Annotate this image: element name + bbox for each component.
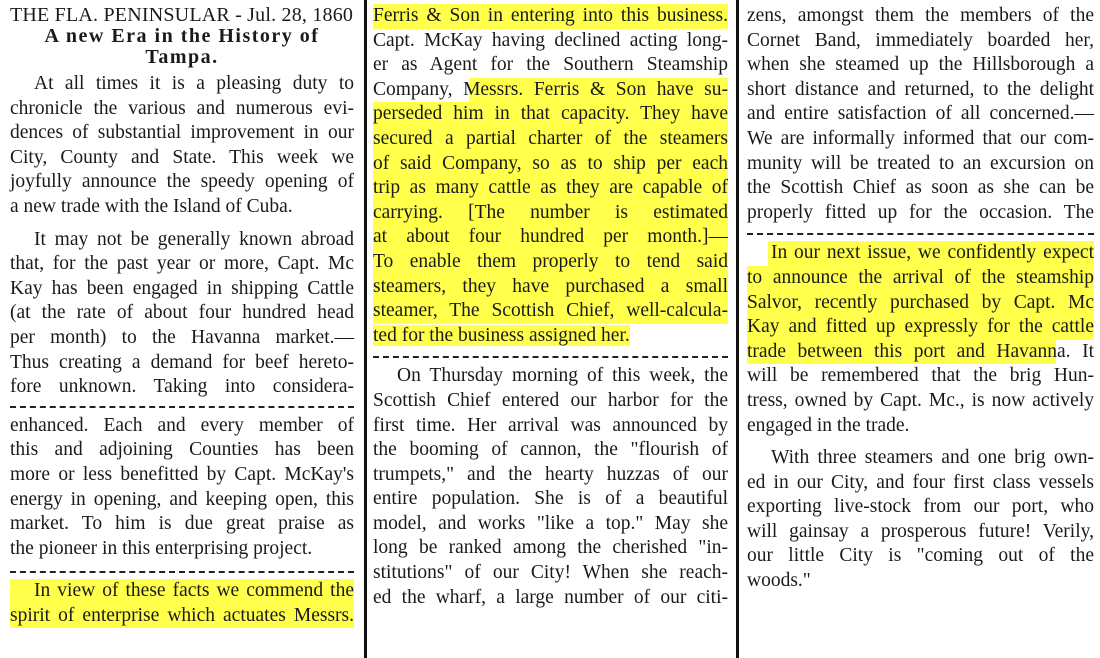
text-line: more or less benefitted by Capt. McKay's xyxy=(10,463,354,488)
text-line-highlighted: Salvor, recently purchased by Capt. Mc xyxy=(747,291,1094,316)
headline-line-1: A new Era in the History of xyxy=(10,26,354,47)
text-line: will be remembered that the brig Hun- xyxy=(747,364,1094,389)
text-line: the pioneer in this enterprising project… xyxy=(10,537,354,562)
paragraph-three-steamers: With three steamers and one brig own- ed… xyxy=(747,446,1094,594)
newspaper-masthead: THE FLA. PENINSULAR - Jul. 28, 1860 xyxy=(10,4,354,26)
text-line-highlighted: of said Company, so as to ship per each xyxy=(373,152,728,177)
text-line: er as Agent for the Southern Steamship xyxy=(373,53,728,78)
text-line-highlighted: at about four hundred per month.]— xyxy=(373,225,728,250)
text-line: We are informally informed that our com- xyxy=(747,127,1094,152)
highlight-span: ted for the business assigned her. xyxy=(373,325,630,346)
text-line: exporting live-stock from our port, who xyxy=(747,495,1094,520)
text-line-highlighted: steamer, The Scottish Chief, well-calcul… xyxy=(373,299,728,324)
text-line: tress, owned by Capt. Mc., is now active… xyxy=(747,389,1094,414)
text-line: first time. Her arrival was announced by xyxy=(373,414,728,439)
text-line: when she steamed up the Hillsborough a xyxy=(747,53,1094,78)
text-line: energy in opening, and keeping open, thi… xyxy=(10,488,354,513)
text-line: Company, Messrs. Ferris & Son have su- xyxy=(373,78,728,103)
headline-line-2: Tampa. xyxy=(10,47,354,68)
text-line: short distance and returned, to the deli… xyxy=(747,78,1094,103)
text-line: trade between this port and Havanna. It xyxy=(747,340,1094,365)
highlighted-paragraph-commend: In view of these facts we commend the sp… xyxy=(10,579,354,628)
text-line: enhanced. Each and every member of xyxy=(10,414,354,439)
text-line: market. To him is due great praise as xyxy=(10,512,354,537)
text-line-highlighted: carrying. [The number is estimated xyxy=(373,201,728,226)
text-line: our little City is "coming out of the xyxy=(747,544,1094,569)
text-line-highlighted: secured a partial charter of the steamer… xyxy=(373,127,728,152)
text-line: With three steamers and one brig own- xyxy=(747,446,1094,471)
highlight-span: In our next issue, we confidently expect xyxy=(771,242,1094,263)
text-line: joyfully announce the speedy opening of xyxy=(10,170,354,195)
text-line: properly fitted up for the occasion. The xyxy=(747,201,1094,226)
text-line: In view of these facts we commend the xyxy=(10,579,354,604)
text-line: At all times it is a pleasing duty to xyxy=(10,72,354,97)
text-line: this and adjoining Counties has been xyxy=(10,438,354,463)
text-line: entire population. She is of a beautiful xyxy=(373,487,728,512)
text-line: long be ranked among the cherished "in- xyxy=(373,536,728,561)
text-line: ed in our City, and four first class ves… xyxy=(747,471,1094,496)
text-line: ed the wharf, a large number of our citi… xyxy=(373,586,728,611)
text-line: per month) to the Havanna market.— xyxy=(10,326,354,351)
article-column-1: THE FLA. PENINSULAR - Jul. 28, 1860 A ne… xyxy=(0,0,362,658)
text-line-highlighted: steamers, they have purchased a small xyxy=(373,275,728,300)
text-line: It may not be generally known abroad xyxy=(10,228,354,253)
paragraph-thursday-arrival: On Thursday morning of this week, the Sc… xyxy=(373,364,728,610)
text-line: woods." xyxy=(747,569,1094,594)
text-line: engaged in the trade. xyxy=(747,414,1094,439)
text-line-highlighted: trip as many cattle as they are capable … xyxy=(373,176,728,201)
paragraph-enhanced: enhanced. Each and every member of this … xyxy=(10,414,354,562)
text-line: and entire satisfaction of all concerned… xyxy=(747,102,1094,127)
text-line: Scottish Chief entered our harbor for th… xyxy=(373,389,728,414)
text-line: fore unknown. Taking into considera- xyxy=(10,375,354,400)
article-column-3: zens, amongst them the members of the Co… xyxy=(736,0,1100,658)
text-line: zens, amongst them the members of the xyxy=(747,4,1094,29)
text-line-highlighted: To enable them properly to tend said xyxy=(373,250,728,275)
text-line: (at the rate of about four hundred head xyxy=(10,301,354,326)
text-line: On Thursday morning of this week, the xyxy=(373,364,728,389)
paragraph-intro: At all times it is a pleasing duty to ch… xyxy=(10,72,354,220)
article-column-2: Ferris & Son in entering into this busin… xyxy=(364,0,736,658)
text-line: City, County and State. This week we xyxy=(10,146,354,171)
text-line: spirit of enterprise which actuates Mess… xyxy=(10,604,354,629)
clipping-divider xyxy=(10,571,354,573)
text-line-highlighted: perseded him in that capacity. They have xyxy=(373,102,728,127)
clipping-divider xyxy=(373,356,728,358)
text-line: Cornet Band, immediately boarded her, xyxy=(747,29,1094,54)
text-line: that, for the past year or more, Capt. M… xyxy=(10,252,354,277)
text-line: chronicle the various and numerous evi- xyxy=(10,97,354,122)
text-line-highlighted: Ferris & Son in entering into this busin… xyxy=(373,4,728,29)
text-line-highlighted: to announce the arrival of the steamship xyxy=(747,266,1094,291)
text-line: trumpets," and the hearty huzzas of our xyxy=(373,463,728,488)
text-line: Kay has been engaged in shipping Cattle xyxy=(10,277,354,302)
text-line-highlighted: Kay and fitted up expressly for the catt… xyxy=(747,315,1094,340)
text-line: a new trade with the Island of Cuba. xyxy=(10,195,354,220)
clipping-divider xyxy=(10,406,354,408)
text-line-highlighted: In our next issue, we confidently expect xyxy=(747,241,1094,266)
paragraph-ferris-son: Ferris & Son in entering into this busin… xyxy=(373,4,728,348)
text-line-highlighted: ted for the business assigned her. xyxy=(373,324,728,349)
paragraph-mckay-cattle: It may not be generally known abroad tha… xyxy=(10,228,354,400)
text-line: Capt. McKay having declined acting long- xyxy=(373,29,728,54)
paragraph-salvor: In our next issue, we confidently expect… xyxy=(747,241,1094,438)
text-line: will gainsay a prosperous future! Verily… xyxy=(747,520,1094,545)
text-line: model, and works "like a top." May she xyxy=(373,512,728,537)
paragraph-cornet-band: zens, amongst them the members of the Co… xyxy=(747,4,1094,225)
clipping-divider xyxy=(747,233,1094,235)
text-line: the booming of cannon, the "flourish of xyxy=(373,438,728,463)
text-line: Thus creating a demand for beef hereto- xyxy=(10,351,354,376)
text-line: dences of substantial improvement in our xyxy=(10,121,354,146)
text-line: munity will be treated to an excursion o… xyxy=(747,152,1094,177)
text-line: stitutions" of our City! When she reach- xyxy=(373,561,728,586)
text-line: the Scottish Chief as soon as she can be xyxy=(747,176,1094,201)
